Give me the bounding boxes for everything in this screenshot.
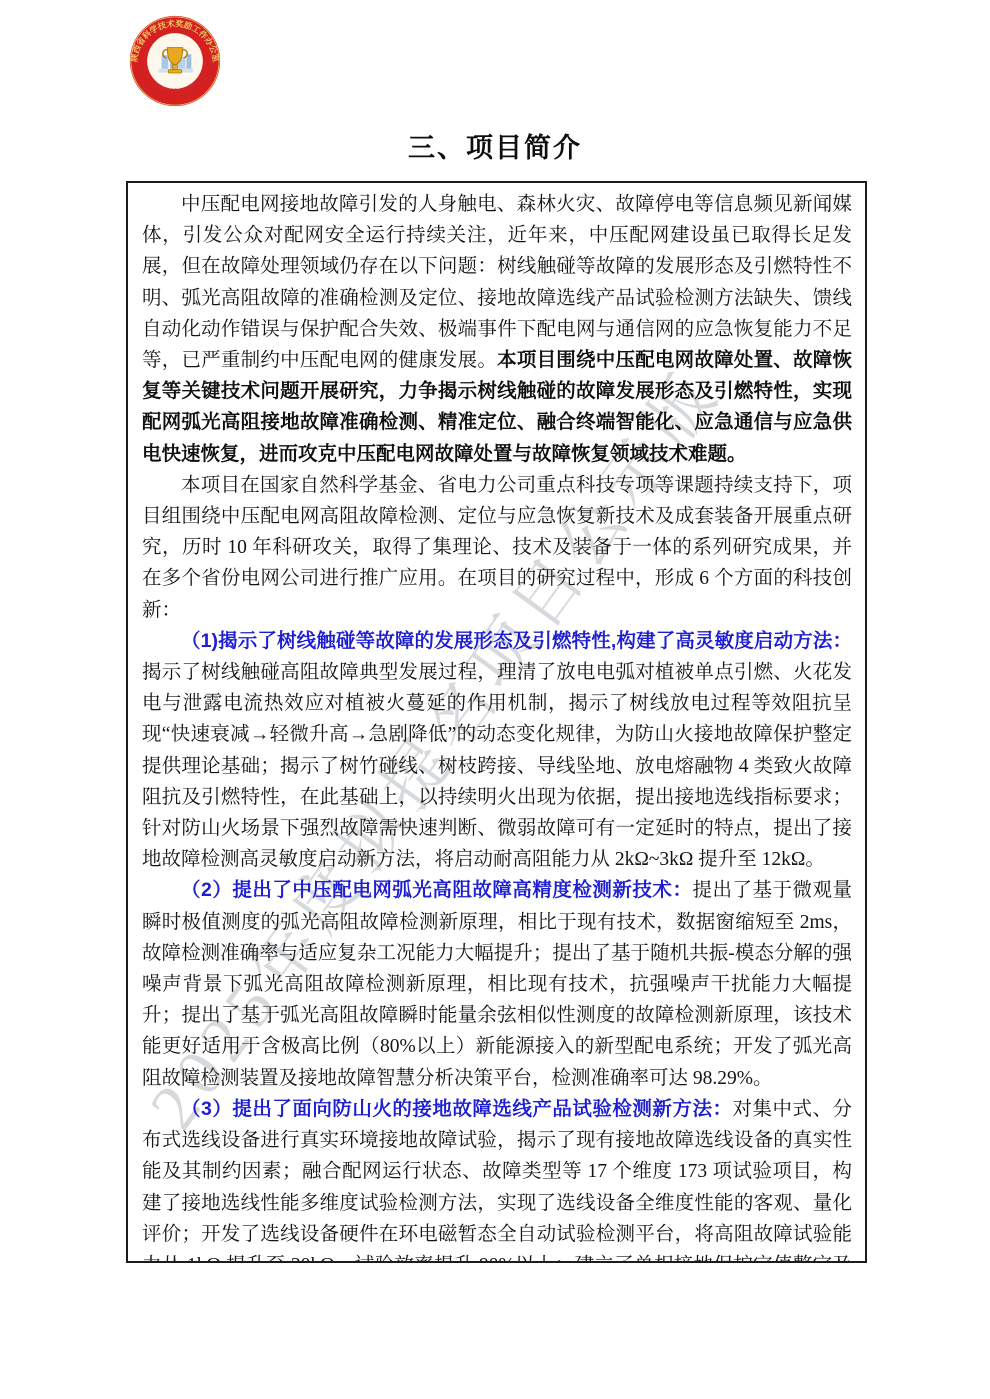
award-office-seal: 陕西省科学技术奖励工作办公室 Science & Technology [127,13,223,109]
innovation-1-heading: （1)揭示了树线触碰等故障的发展形态及引燃特性,构建了高灵敏度启动方法： [181,630,852,652]
paragraph-background: 本项目在国家自然科学基金、省电力公司重点科技专项等课题持续支持下，项目组围绕中压… [142,470,852,626]
paragraph-innovation-1: （1)揭示了树线触碰等故障的发展形态及引燃特性,构建了高灵敏度启动方法：揭示了树… [142,626,852,876]
paragraph-innovation-2: （2）提出了中压配电网弧光高阻故障高精度检测新技术：提出了基于微观量瞬时极值测度… [142,875,852,1093]
innovation-3-heading: （3）提出了面向防山火的接地故障选线产品试验检测新方法： [181,1098,732,1120]
text-run: 中压配电网接地故障引发的人身触电、森林火灾、故障停电等信息频见新闻媒体，引发公众… [142,194,852,371]
paragraph-intro: 中压配电网接地故障引发的人身触电、森林火灾、故障停电等信息频见新闻媒体，引发公众… [142,189,852,470]
text-run: 本项目在国家自然科学基金、省电力公司重点科技专项等课题持续支持下，项目组围绕中压… [142,475,852,621]
seal-graphic: 陕西省科学技术奖励工作办公室 Science & Technology [127,13,223,109]
paragraph-innovation-3: （3）提出了面向防山火的接地故障选线产品试验检测新方法：对集中式、分布式选线设备… [142,1094,852,1263]
text-run: 揭示了树线触碰高阻故障典型发展过程，理清了放电电弧对植被单点引燃、火花发电与泄露… [142,662,852,870]
page-title: 三、项目简介 [0,126,990,165]
text-run: 对集中式、分布式选线设备进行真实环境接地故障试验，揭示了现有接地故障选线设备的真… [142,1099,852,1263]
document-page: 2025年度拟提名项目公示版 陕 [0,0,990,1399]
text-run: 提出了基于微观量瞬时极值测度的弧光高阻故障检测新原理，相比于现有技术，数据窗缩短… [142,880,852,1088]
content-box: 中压配电网接地故障引发的人身触电、森林火灾、故障停电等信息频见新闻媒体，引发公众… [126,181,867,1263]
innovation-2-heading: （2）提出了中压配电网弧光高阻故障高精度检测新技术： [181,879,692,901]
